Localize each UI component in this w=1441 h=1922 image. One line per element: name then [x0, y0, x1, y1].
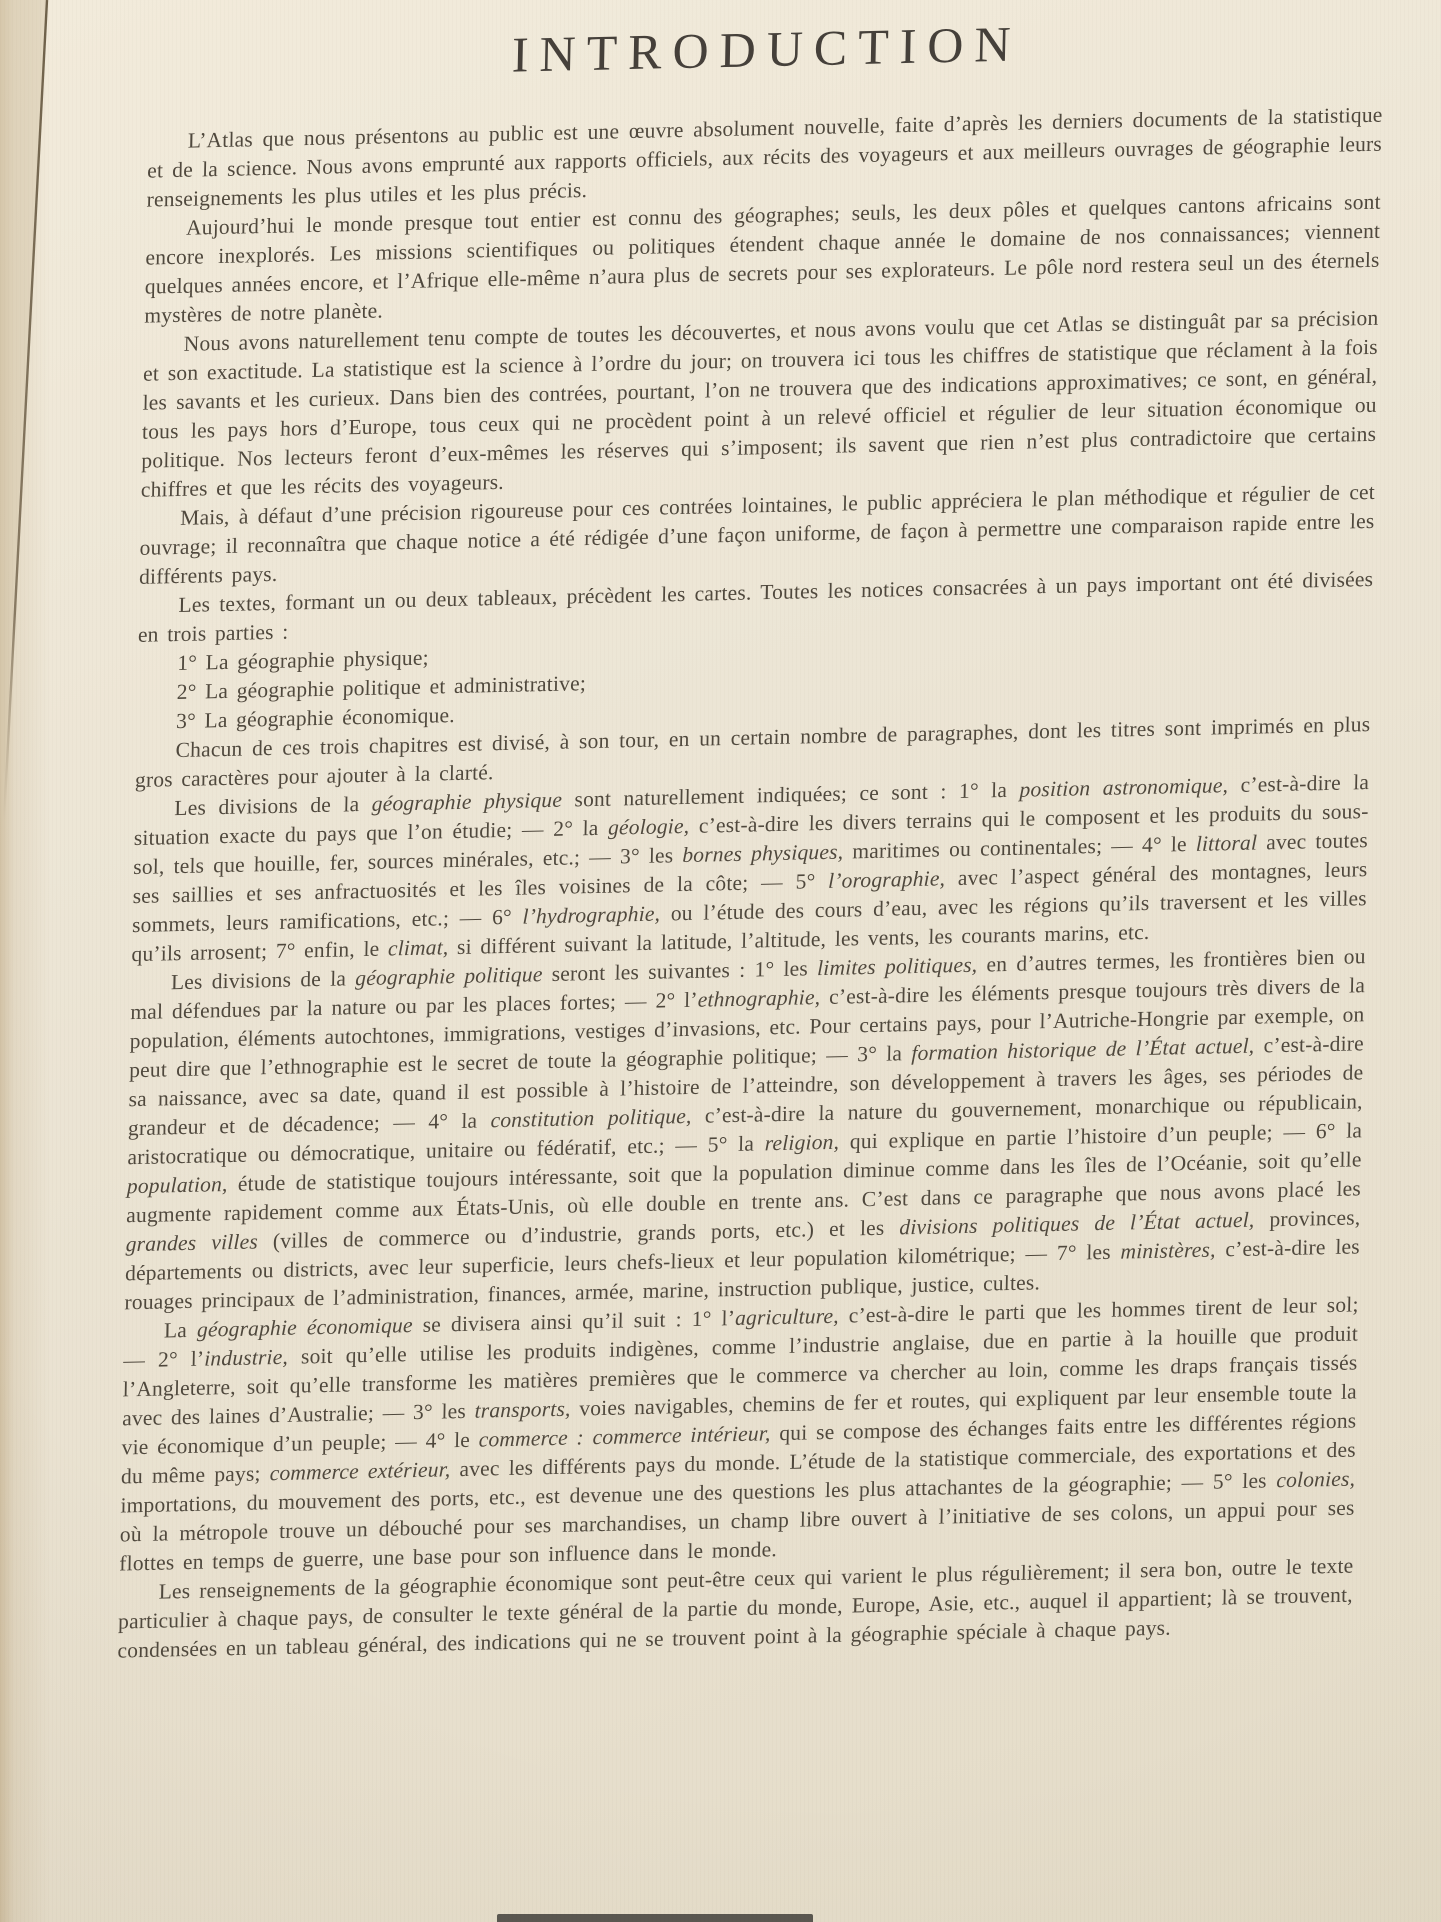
italic-text: bornes physiques, [682, 840, 843, 868]
body-text: Nous avons naturellement tenu compte de … [141, 306, 1379, 502]
page-content: INTRODUCTION L’Atlas que nous présentons… [117, 1, 1385, 1666]
italic-text: l’orographie, [828, 866, 946, 893]
italic-text: industrie, [204, 1345, 288, 1371]
italic-text: limites politiques, [817, 953, 978, 981]
italic-text: formation historique de l’État actuel, [911, 1034, 1254, 1065]
paragraph: Nous avons naturellement tenu compte de … [141, 304, 1379, 505]
italic-text: transports, [474, 1397, 570, 1423]
under-page-wedge [0, 0, 46, 780]
body-text: Les divisions de la [174, 792, 372, 820]
italic-text: agriculture, [735, 1304, 839, 1330]
body-text: se divisera ainsi qu’il suit : 1° l’ [413, 1306, 736, 1337]
italic-text: ministères, [1120, 1238, 1216, 1264]
paragraph-container: L’Atlas que nous présentons au public es… [117, 101, 1383, 1666]
paragraph: La géographie économique se divisera ain… [119, 1290, 1359, 1578]
bottom-edge-bar [497, 1914, 813, 1922]
italic-text: littoral [1196, 831, 1258, 856]
paragraph: Les divisions de la géographie politique… [124, 942, 1366, 1317]
italic-text: l’hydrographie, [522, 902, 660, 929]
scanned-book-page: INTRODUCTION L’Atlas que nous présentons… [0, 0, 1441, 1922]
body-text: 3° La géographie économique. [176, 703, 455, 733]
page-edge-graphic [0, 0, 70, 1922]
italic-text: climat, [388, 935, 449, 960]
paragraph: Les divisions de la géographie physique … [131, 768, 1369, 969]
italic-text: religion, [765, 1130, 840, 1156]
body-text: 2° La géographie politique et administra… [177, 671, 587, 704]
body-text: Les divisions de la [171, 966, 356, 994]
italic-text: ethnographie, [697, 985, 820, 1012]
italic-text: position astronomique, [1019, 773, 1228, 802]
italic-text: commerce : commerce intérieur, [478, 1421, 770, 1451]
italic-text: divisions politiques de l’État actuel, [899, 1208, 1255, 1240]
italic-text: population, [127, 1172, 228, 1198]
italic-text: colonies, [1276, 1467, 1355, 1493]
italic-text: géographie économique [197, 1313, 413, 1342]
body-text: La [164, 1318, 198, 1343]
body-text: seront les suivantes : 1° les [542, 956, 817, 986]
italic-text: géologie, [608, 814, 690, 840]
page-title: INTRODUCTION [149, 7, 1385, 92]
italic-text: géographie physique [372, 788, 563, 816]
italic-text: commerce extérieur, [270, 1457, 451, 1485]
italic-text: constitution politique, [490, 1104, 691, 1132]
italic-text: grandes villes [125, 1229, 258, 1256]
body-text: maritimes ou continentales; — 4° le [843, 832, 1196, 864]
italic-text: géographie politique [355, 962, 543, 990]
body-text: 1° La géographie physique; [177, 646, 429, 676]
